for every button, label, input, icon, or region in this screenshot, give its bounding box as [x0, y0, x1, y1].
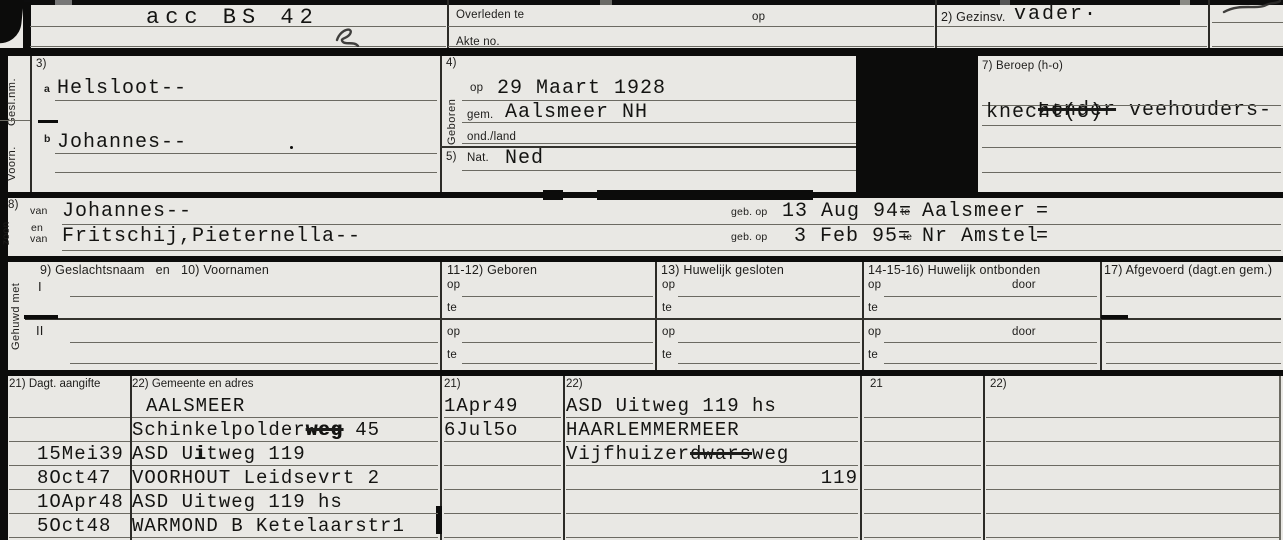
overleden-op-label: op	[752, 11, 765, 24]
divider-line	[1208, 0, 1210, 48]
divider-line	[655, 262, 657, 370]
move-date	[864, 514, 981, 538]
separator-band	[0, 256, 1283, 262]
rule	[55, 100, 437, 101]
rule	[1106, 296, 1281, 297]
rule	[937, 26, 1207, 27]
band-blob	[543, 190, 563, 200]
col21c-header: 21	[864, 376, 981, 394]
divider-line	[862, 262, 864, 370]
move-address: AALSMEER	[132, 394, 438, 418]
move-address	[566, 514, 858, 538]
field3b-letter: b	[44, 134, 51, 146]
gesloten-op-label-2: op	[662, 326, 675, 339]
gezinsv-label: 2) Gezinsv.	[941, 11, 1006, 25]
geboren-op-label-1: op	[447, 279, 460, 292]
move-address: Vijfhuizerdwarsweg	[566, 442, 858, 466]
father-birth-place: Aalsmeer	[922, 202, 1026, 222]
rule	[62, 250, 1281, 251]
move-date	[444, 442, 561, 466]
row-divider-rule	[25, 318, 1281, 320]
mother-eq-mark: =	[1036, 227, 1049, 247]
move-date: 15Mei39	[9, 442, 130, 466]
move-date	[864, 442, 981, 466]
rule	[678, 342, 860, 343]
move-address: ASD Uitweg 119 hs	[132, 490, 438, 514]
rule	[982, 172, 1281, 173]
field4-number: 4)	[446, 57, 457, 70]
band-blob	[597, 190, 813, 200]
moves-date-column-1: 21) Dagt. aangifte 15Mei39 8Oct47 1OApr4…	[9, 376, 130, 540]
moves-address-column-2: 22) ASD Uitweg 119 hs HAARLEMMERMEER Vij…	[566, 376, 858, 540]
divider-line	[1279, 376, 1281, 540]
divider-line	[447, 0, 449, 48]
rule	[462, 143, 856, 144]
divider-line	[440, 56, 442, 192]
divider-line	[983, 376, 985, 540]
overleden-te-label: Overleden te	[456, 9, 524, 22]
gesloten-te-label-1: te	[662, 302, 672, 315]
rule	[1212, 22, 1283, 23]
field5-number: 5)	[446, 151, 457, 164]
rule	[678, 296, 860, 297]
geb-op-label-1: geb. op	[731, 207, 767, 219]
rule	[448, 46, 934, 47]
moves-date-column-2: 21) 1Apr49 6Jul5o	[444, 376, 561, 540]
rule	[462, 342, 653, 343]
geboren-op-label-2: op	[447, 326, 460, 339]
rule	[982, 125, 1281, 126]
move-address	[986, 442, 1279, 466]
move-date: 5Oct48	[9, 514, 130, 538]
move-address	[986, 466, 1279, 490]
col22b-header: 22)	[566, 376, 858, 394]
stray-dot	[290, 146, 293, 149]
geboren-te-label-2: te	[447, 349, 457, 362]
move-date: 1Apr49	[444, 394, 561, 418]
separator-band	[0, 48, 1283, 56]
rule	[462, 363, 653, 364]
move-address: WARMOND B Ketelaarstr1	[132, 514, 438, 538]
move-address: Schinkelpolderweg 45	[132, 418, 438, 442]
move-address	[986, 490, 1279, 514]
section-rule	[440, 146, 857, 148]
moves-address-column-3: 22)	[986, 376, 1279, 540]
move-date	[864, 418, 981, 442]
rule	[884, 296, 1097, 297]
voorn-side-label: Voorn.	[6, 138, 18, 190]
spouse1-roman: I	[38, 280, 42, 294]
rule	[884, 342, 1097, 343]
rule	[462, 122, 856, 123]
move-address: ASD Uitweg 119 hs	[566, 394, 858, 418]
redaction-box	[856, 56, 978, 192]
move-address: ASD Uitweg 119	[132, 442, 438, 466]
father-eq-mark: =	[1036, 202, 1049, 222]
bold-dash	[24, 315, 58, 319]
col22a-header: 22) Gemeente en adres	[132, 376, 438, 394]
move-address: VOORHOUT Leidsevrt 2	[132, 466, 438, 490]
moves-address-column-1: 22) Gemeente en adres AALSMEER Schinkelp…	[132, 376, 438, 540]
beroep-rest: veehouders-	[1116, 99, 1272, 122]
te-label-2: te	[903, 232, 912, 244]
move-address: 119	[566, 466, 858, 490]
ontbonden-door-label-1: door	[1012, 279, 1036, 292]
rule	[1212, 46, 1283, 47]
tick-mark	[38, 120, 58, 123]
move-address	[566, 490, 858, 514]
move-date	[864, 490, 981, 514]
move-date	[9, 418, 130, 442]
bold-dash	[1101, 315, 1128, 319]
birth-date-value: 29 Maart 1928	[497, 79, 666, 99]
beroep-label: 7) Beroep (h-o)	[982, 60, 1063, 73]
rule	[70, 296, 438, 297]
col14-16-header: 14-15-16) Huwelijk ontbonden	[868, 264, 1040, 278]
zoon-side-label: zoon	[1, 214, 12, 252]
scan-corner-wedge	[0, 0, 25, 45]
divider-line	[935, 0, 937, 48]
move-address	[986, 418, 1279, 442]
rule	[462, 296, 653, 297]
nat-value: Ned	[505, 149, 544, 169]
move-date	[444, 466, 561, 490]
registration-card: acc BS 42 Overleden te op Akte no. 2) Ge…	[0, 0, 1283, 540]
gezinsv-value: vader·	[1014, 5, 1098, 25]
mother-birth-date: 3 Feb 95=	[794, 227, 911, 247]
rule	[448, 26, 934, 27]
rule	[0, 120, 30, 121]
move-date	[864, 466, 981, 490]
birth-gem-value: Aalsmeer NH	[505, 103, 648, 123]
rule	[62, 224, 1281, 225]
geb-op-label-2: geb. op	[731, 232, 767, 244]
ontbonden-op-label-2: op	[868, 326, 881, 339]
mother-birth-place: Nr Amstel	[922, 227, 1039, 247]
birth-gem-label: gem.	[467, 109, 493, 122]
move-date	[444, 490, 561, 514]
mother-name: Fritschij,Pieternella--	[62, 227, 361, 247]
rule	[30, 26, 446, 27]
rule	[1106, 342, 1281, 343]
col17-header: 17) Afgevoerd (dagt.en gem.)	[1104, 264, 1272, 278]
rule	[55, 153, 437, 154]
move-date: 1OApr48	[9, 490, 130, 514]
van-label-1: van	[30, 206, 48, 218]
move-date: 8Oct47	[9, 466, 130, 490]
col11-12-header: 11-12) Geboren	[447, 264, 537, 278]
col21b-header: 21)	[444, 376, 561, 394]
father-name: Johannes--	[62, 202, 192, 222]
beroep-line2: knecht(o)	[986, 103, 1103, 123]
gesloten-op-label-1: op	[662, 279, 675, 292]
divider-line	[30, 56, 32, 192]
te-label-1: te	[901, 207, 910, 219]
rule	[1106, 363, 1281, 364]
ontbonden-te-label-2: te	[868, 349, 878, 362]
move-date	[9, 394, 130, 418]
col13-header: 13) Huwelijk gesloten	[661, 264, 784, 278]
move-address: HAARLEMMERMEER	[566, 418, 858, 442]
divider-line	[860, 376, 862, 540]
divider-line	[440, 262, 442, 370]
move-date	[864, 394, 981, 418]
birth-op-label: op	[470, 82, 483, 95]
move-date	[444, 514, 561, 538]
van-label-2: van	[30, 234, 48, 246]
father-birth-date: 13 Aug 94=	[782, 202, 912, 222]
rule	[937, 46, 1207, 47]
moves-date-column-3: 21	[864, 376, 981, 540]
rule	[884, 363, 1097, 364]
ontbonden-door-label-2: door	[1012, 326, 1036, 339]
col21a-header: 21) Dagt. aangifte	[9, 376, 130, 394]
ontbonden-op-label-1: op	[868, 279, 881, 292]
pen-flourish-icon	[1222, 0, 1282, 14]
gehuwd-met-side-label: Gehuwd met	[10, 268, 22, 364]
rule	[678, 363, 860, 364]
nat-label: Nat.	[467, 152, 489, 165]
rule	[70, 363, 438, 364]
field3-number: 3)	[36, 58, 47, 71]
rule	[982, 147, 1281, 148]
divider-line	[563, 376, 565, 540]
geslnm-side-label: Gesl.nm.	[6, 70, 18, 134]
rule	[70, 342, 438, 343]
firstname-value: Johannes--	[57, 133, 187, 153]
move-address	[986, 514, 1279, 538]
col22c-header: 22)	[986, 376, 1279, 394]
rule	[55, 172, 437, 173]
field8-number: 8)	[8, 199, 19, 212]
rule	[462, 170, 856, 171]
rule	[30, 46, 446, 47]
move-date: 6Jul5o	[444, 418, 561, 442]
spouse2-roman: II	[36, 324, 44, 338]
ontbonden-te-label-1: te	[868, 302, 878, 315]
ondland-label: ond./land	[467, 131, 516, 144]
move-address	[986, 394, 1279, 418]
gesloten-te-label-2: te	[662, 349, 672, 362]
col9-10-header: 9) Geslachtsnaam en 10) Voornamen	[40, 264, 269, 278]
geboren-te-label-1: te	[447, 302, 457, 315]
field3a-letter: a	[44, 84, 50, 96]
surname-value: Helsloot--	[57, 79, 187, 99]
handwritten-scribble-icon	[330, 25, 370, 47]
